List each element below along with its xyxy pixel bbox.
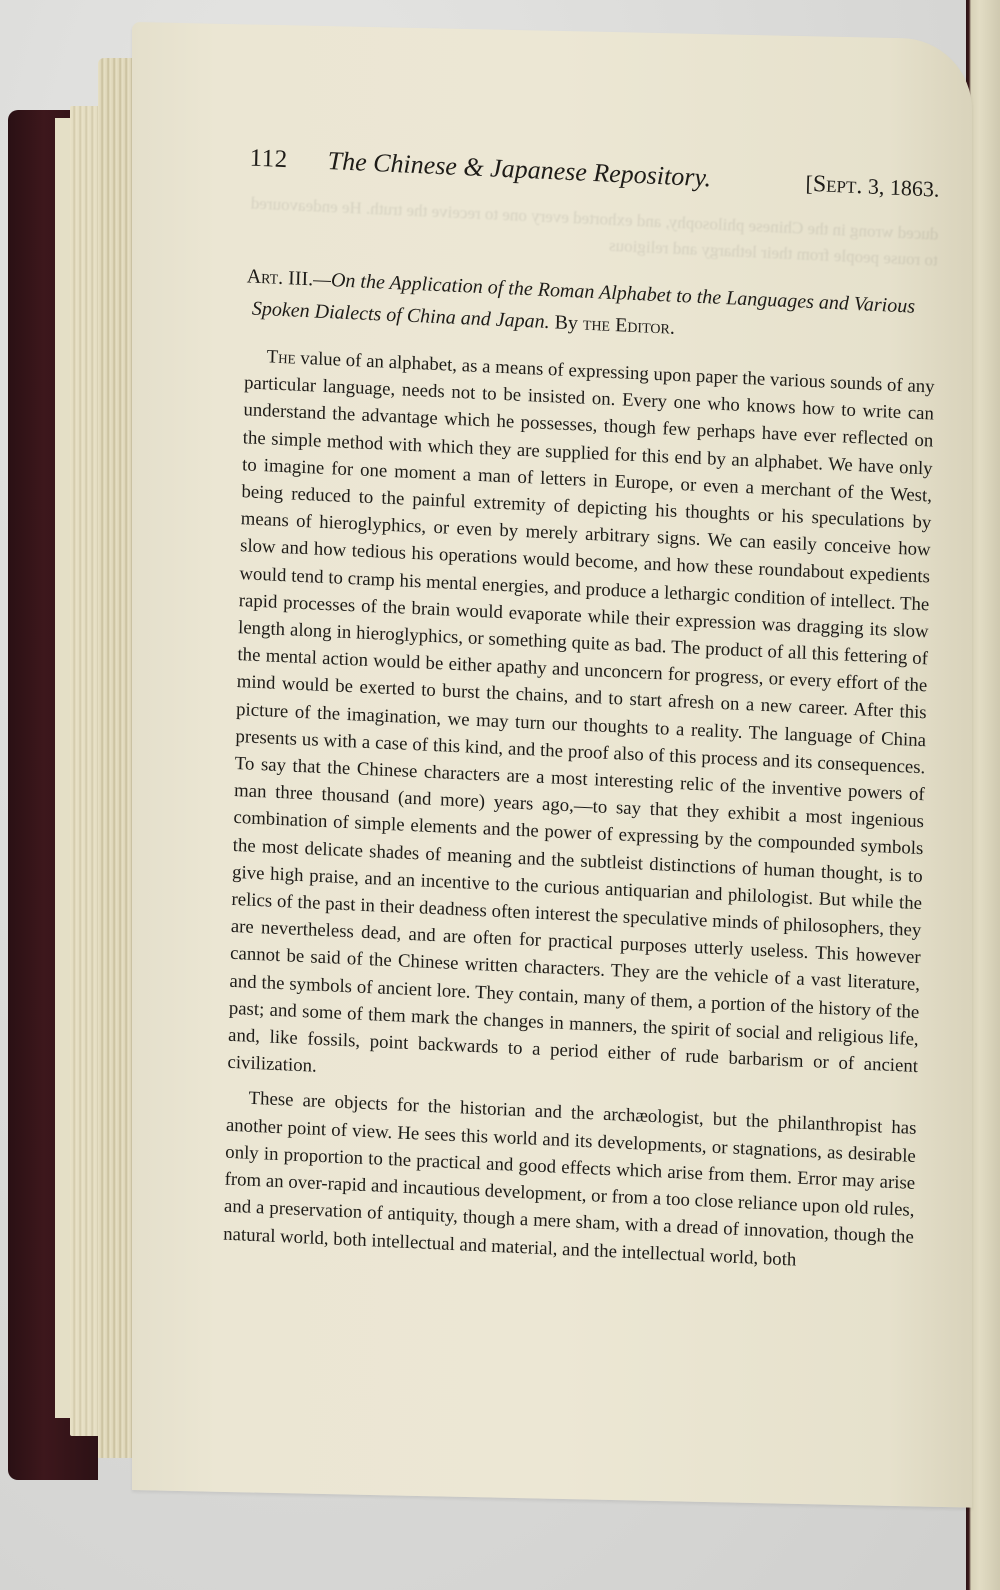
issue-date: [Sept. 3, 1863. [805, 171, 940, 204]
book-page: 112 The Chinese & Japanese Repository. [… [132, 22, 972, 1508]
journal-title: The Chinese & Japanese Repository. [327, 146, 806, 198]
date-day-year: 3, 1863. [862, 173, 940, 201]
paragraph-1: The value of an alphabet, as a means of … [227, 342, 935, 1107]
article-label: Art. III. [246, 265, 313, 290]
paragraph-lead: The [267, 346, 296, 368]
paragraph-text: value of an alphabet, as a means of expr… [227, 348, 935, 1078]
page-content: 112 The Chinese & Japanese Repository. [… [223, 142, 940, 1286]
paragraph-2: These are objects for the historian and … [223, 1084, 917, 1278]
paragraph-text: These are objects for the historian and … [223, 1088, 917, 1270]
article-body: The value of an alphabet, as a means of … [223, 342, 935, 1278]
article-author: the Editor. [583, 313, 675, 339]
date-month: Sept. [813, 171, 863, 199]
article-dash: — [313, 268, 331, 291]
article-by: By [549, 311, 583, 334]
page-number: 112 [249, 144, 288, 174]
